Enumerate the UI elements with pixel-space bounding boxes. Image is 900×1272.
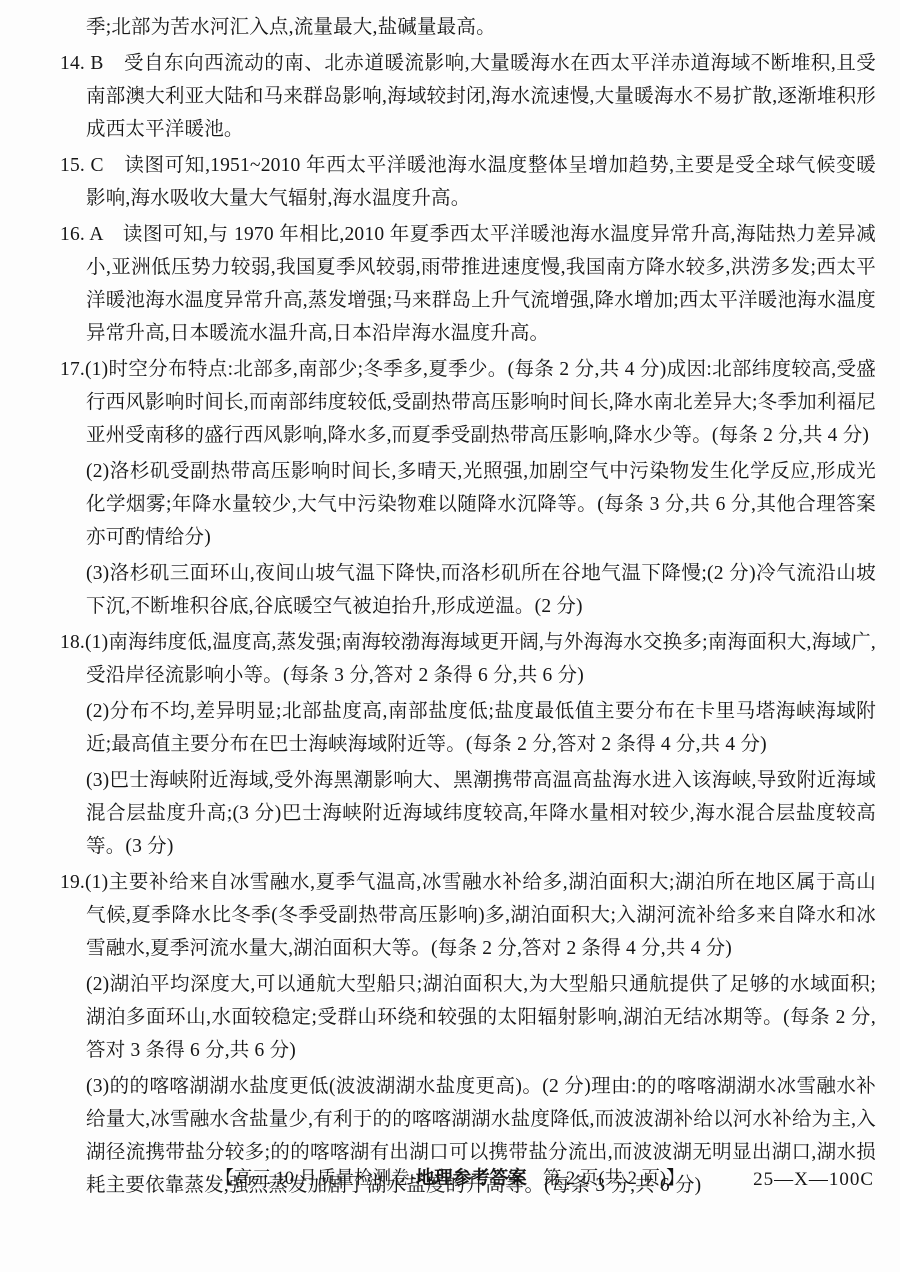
footer-left-bracket: 【 [215, 1169, 234, 1189]
paper-code: 25—X—100C [753, 1163, 874, 1196]
subject-title: 地理参考答案 [416, 1169, 527, 1189]
footer-right-bracket: 】 [666, 1169, 685, 1189]
answer-paragraph: 15. C 读图可知,1951~2010 年西太平洋暖池海水温度整体呈增加趋势,… [60, 149, 876, 215]
answer-paragraph: 18.(1)南海纬度低,温度高,蒸发强;南海较渤海海域更开阔,与外海海水交换多;… [60, 626, 876, 692]
answer-paragraph: (2)分布不均,差异明显;北部盐度高,南部盐度低;盐度最低值主要分布在卡里马塔海… [60, 695, 876, 761]
exam-title: 高三 10 月质量检测卷 [234, 1169, 410, 1189]
document-page: 季;北部为苦水河汇入点,流量最大,盐碱量最高。14. B 受自东向西流动的南、北… [0, 0, 900, 1272]
answer-paragraph: 16. A 读图可知,与 1970 年相比,2010 年夏季西太平洋暖池海水温度… [60, 218, 876, 350]
page-number: 第 2 页(共 2 页) [543, 1169, 666, 1189]
page-footer: 【高三 10 月质量检测卷·地理参考答案第 2 页(共 2 页)】 25—X—1… [0, 1163, 900, 1196]
answer-paragraph: 17.(1)时空分布特点:北部多,南部少;冬季多,夏季少。(每条 2 分,共 4… [60, 353, 876, 452]
answer-paragraph: 14. B 受自东向西流动的南、北赤道暖流影响,大量暖海水在西太平洋赤道海域不断… [60, 47, 876, 146]
answer-paragraph: (3)洛杉矶三面环山,夜间山坡气温下降快,而洛杉矶所在谷地气温下降慢;(2 分)… [60, 557, 876, 623]
answer-paragraph: (2)湖泊平均深度大,可以通航大型船只;湖泊面积大,为大型船只通航提供了足够的水… [60, 968, 876, 1067]
answer-paragraph: 季;北部为苦水河汇入点,流量最大,盐碱量最高。 [60, 11, 876, 44]
answer-paragraph: (3)巴士海峡附近海域,受外海黑潮影响大、黑潮携带高温高盐海水进入该海峡,导致附… [60, 764, 876, 863]
answer-paragraph: (2)洛杉矶受副热带高压影响时间长,多晴天,光照强,加剧空气中污染物发生化学反应… [60, 455, 876, 554]
answer-key-body: 季;北部为苦水河汇入点,流量最大,盐碱量最高。14. B 受自东向西流动的南、北… [60, 11, 876, 1205]
answer-paragraph: 19.(1)主要补给来自冰雪融水,夏季气温高,冰雪融水补给多,湖泊面积大;湖泊所… [60, 866, 876, 965]
